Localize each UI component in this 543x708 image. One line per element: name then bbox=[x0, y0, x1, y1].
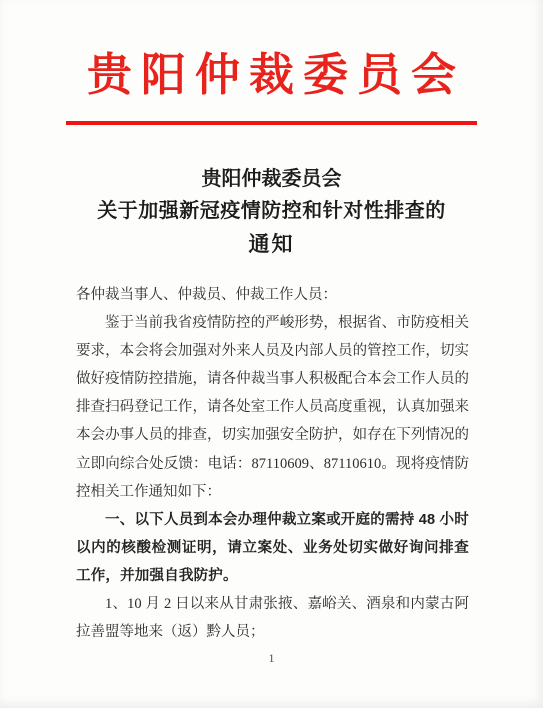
letterhead-org-name: 贵阳仲裁委员会 bbox=[0, 38, 543, 103]
page-number: 1 bbox=[0, 651, 543, 666]
intro-paragraph: 鉴于当前我省疫情防控的严峻形势，根据省、市防疫相关要求，本会将会加强对外来人员及… bbox=[76, 309, 469, 506]
notice-title-type-line: 通知 bbox=[0, 227, 543, 261]
notice-title-org-line: 贵阳仲裁委员会 bbox=[0, 163, 543, 195]
salutation-line: 各仲裁当事人、仲裁员、仲裁工作人员： bbox=[76, 281, 469, 309]
letterhead-divider-rule bbox=[66, 121, 477, 125]
scanned-notice-page: 贵阳仲裁委员会 贵阳仲裁委员会 关于加强新冠疫情防控和针对性排查的 通知 各仲裁… bbox=[0, 0, 543, 708]
notice-title-subject-line: 关于加强新冠疫情防控和针对性排查的 bbox=[0, 195, 543, 227]
subitem-1-paragraph: 1、10 月 2 日以来从甘肃张掖、嘉峪关、酒泉和内蒙古阿拉善盟等地来（返）黔人… bbox=[76, 590, 469, 646]
notice-title-block: 贵阳仲裁委员会 关于加强新冠疫情防控和针对性排查的 通知 bbox=[0, 163, 543, 261]
notice-body: 各仲裁当事人、仲裁员、仲裁工作人员： 鉴于当前我省疫情防控的严峻形势，根据省、市… bbox=[76, 281, 469, 646]
item-1-paragraph: 一、以下人员到本会办理仲裁立案或开庭的需持 48 小时以内的核酸检测证明，请立案… bbox=[76, 506, 469, 590]
